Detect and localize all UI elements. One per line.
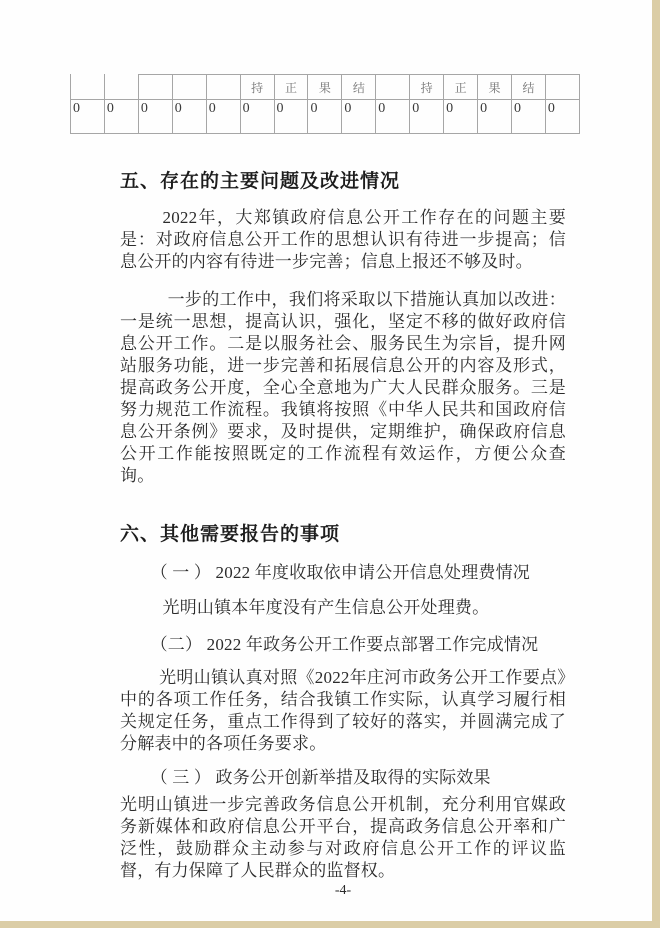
section-6-item-1-body: 光明山镇本年度没有产生信息公开处理费。 — [120, 597, 566, 619]
table-value-cell: 0 — [206, 100, 240, 134]
table-header-cell: 正 — [444, 75, 478, 100]
table-value-cell: 0 — [478, 100, 512, 134]
table-header-cell: 持 — [410, 75, 444, 100]
table-value-cell: 0 — [376, 100, 410, 134]
section-5-paragraph-problems: 2022年，大郑镇政府信息公开工作存在的问题主要是：对政府信息公开工作的思想认识… — [120, 207, 566, 273]
document-body: 五、存在的主要问题及改进情况 2022年，大郑镇政府信息公开工作存在的问题主要是… — [120, 170, 566, 899]
section-6-item-3-title: （ 三 ） 政务公开创新举措及取得的实际效果 — [120, 767, 566, 789]
table-value-cell: 0 — [274, 100, 308, 134]
section-6-heading: 六、其他需要报告的事项 — [120, 523, 566, 547]
table-header-cell — [376, 75, 410, 100]
table-header-cell: 正 — [274, 75, 308, 100]
table-header-cell: 果 — [478, 75, 512, 100]
table-value-cell: 0 — [308, 100, 342, 134]
page-number: -4- — [120, 883, 566, 899]
table-value-cell: 0 — [444, 100, 478, 134]
table-header-cell: 持 — [240, 75, 274, 100]
table-header-cell: 结 — [342, 75, 376, 100]
table-value-cell: 0 — [104, 100, 138, 134]
table-header-cell — [172, 75, 206, 100]
table-value-cell: 0 — [71, 100, 105, 134]
section-6-item-2-body: 光明山镇认真对照《2022年庄河市政务公开工作要点》中的各项工作任务，结合我镇工… — [120, 667, 566, 755]
section-5-paragraph-improvements: 一步的工作中，我们将采取以下措施认真加以改进：一是统一思想，提高认识，强化，坚定… — [120, 289, 566, 487]
statistics-table-fragment: 持 正 果 结 持 正 果 结 0 0 0 0 0 0 0 0 0 — [70, 74, 580, 134]
section-6-item-2-title: （二） 2022 年政务公开工作要点部署工作完成情况 — [120, 634, 566, 656]
table-value-cell: 0 — [545, 100, 579, 134]
section-6-item-3-body: 光明山镇进一步完善政务信息公开机制，充分利用官媒政务新媒体和政府信息公开平台，提… — [120, 794, 566, 882]
section-5-heading: 五、存在的主要问题及改进情况 — [120, 170, 566, 194]
table-header-cell — [71, 75, 105, 100]
table-header-cell: 结 — [511, 75, 545, 100]
document-page: 持 正 果 结 持 正 果 结 0 0 0 0 0 0 0 0 0 — [0, 0, 660, 928]
table-value-cell: 0 — [172, 100, 206, 134]
table-header-cell — [206, 75, 240, 100]
table-value-row: 0 0 0 0 0 0 0 0 0 0 0 0 0 0 0 — [71, 100, 580, 134]
table-header-cell: 果 — [308, 75, 342, 100]
table-value-cell: 0 — [138, 100, 172, 134]
table-value-cell: 0 — [342, 100, 376, 134]
table-header-cell — [138, 75, 172, 100]
table-header-row: 持 正 果 结 持 正 果 结 — [71, 75, 580, 100]
table-header-cell — [104, 75, 138, 100]
table-header-cell — [545, 75, 579, 100]
table-value-cell: 0 — [240, 100, 274, 134]
scan-edge-bottom — [0, 921, 660, 928]
section-6-item-1-title: （ 一 ） 2022 年度收取依申请公开信息处理费情况 — [120, 562, 566, 584]
table-value-cell: 0 — [410, 100, 444, 134]
table-value-cell: 0 — [511, 100, 545, 134]
scan-edge-right — [652, 0, 660, 928]
